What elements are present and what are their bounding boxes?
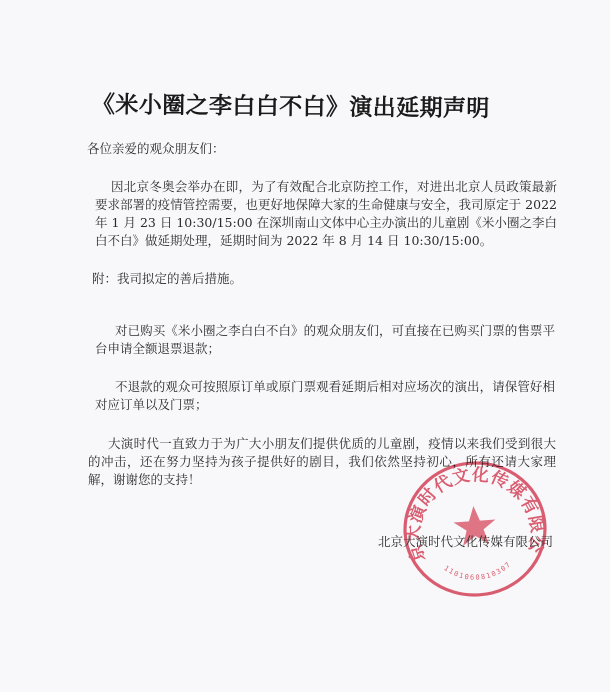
document-title: 《米小圈之李白白不白》演出延期声明 [92,86,522,124]
company-seal-stamp: 北京大演时代文化传媒有限公司 1101060810307 [397,455,552,603]
no-refund-paragraph: 不退款的观众可按照原订单或原门票观看延期后相对应场次的演出，请保管好相对应订单以… [95,378,555,414]
aftercare-note: 附：我司拟定的善后措施。 [92,270,492,288]
svg-text:1101060810307: 1101060810307 [442,560,514,584]
scanned-document-page: 《米小圈之李白白不白》演出延期声明 各位亲爱的观众朋友们： 因北京冬奥会举办在即… [0,0,610,692]
refund-paragraph: 对已购买《米小圈之李白白不白》的观众朋友们，可直接在已购买门票的售票平台申请全额… [95,322,555,358]
company-signature: 北京大演时代文化传媒有限公司 [378,532,553,550]
announcement-paragraph: 因北京冬奥会举办在即，为了有效配合北京防控工作，对进出北京人员政策最新要求部署的… [95,178,557,250]
seal-serial-number: 1101060810307 [442,560,514,584]
greeting: 各位亲爱的观众朋友们： [87,140,387,158]
